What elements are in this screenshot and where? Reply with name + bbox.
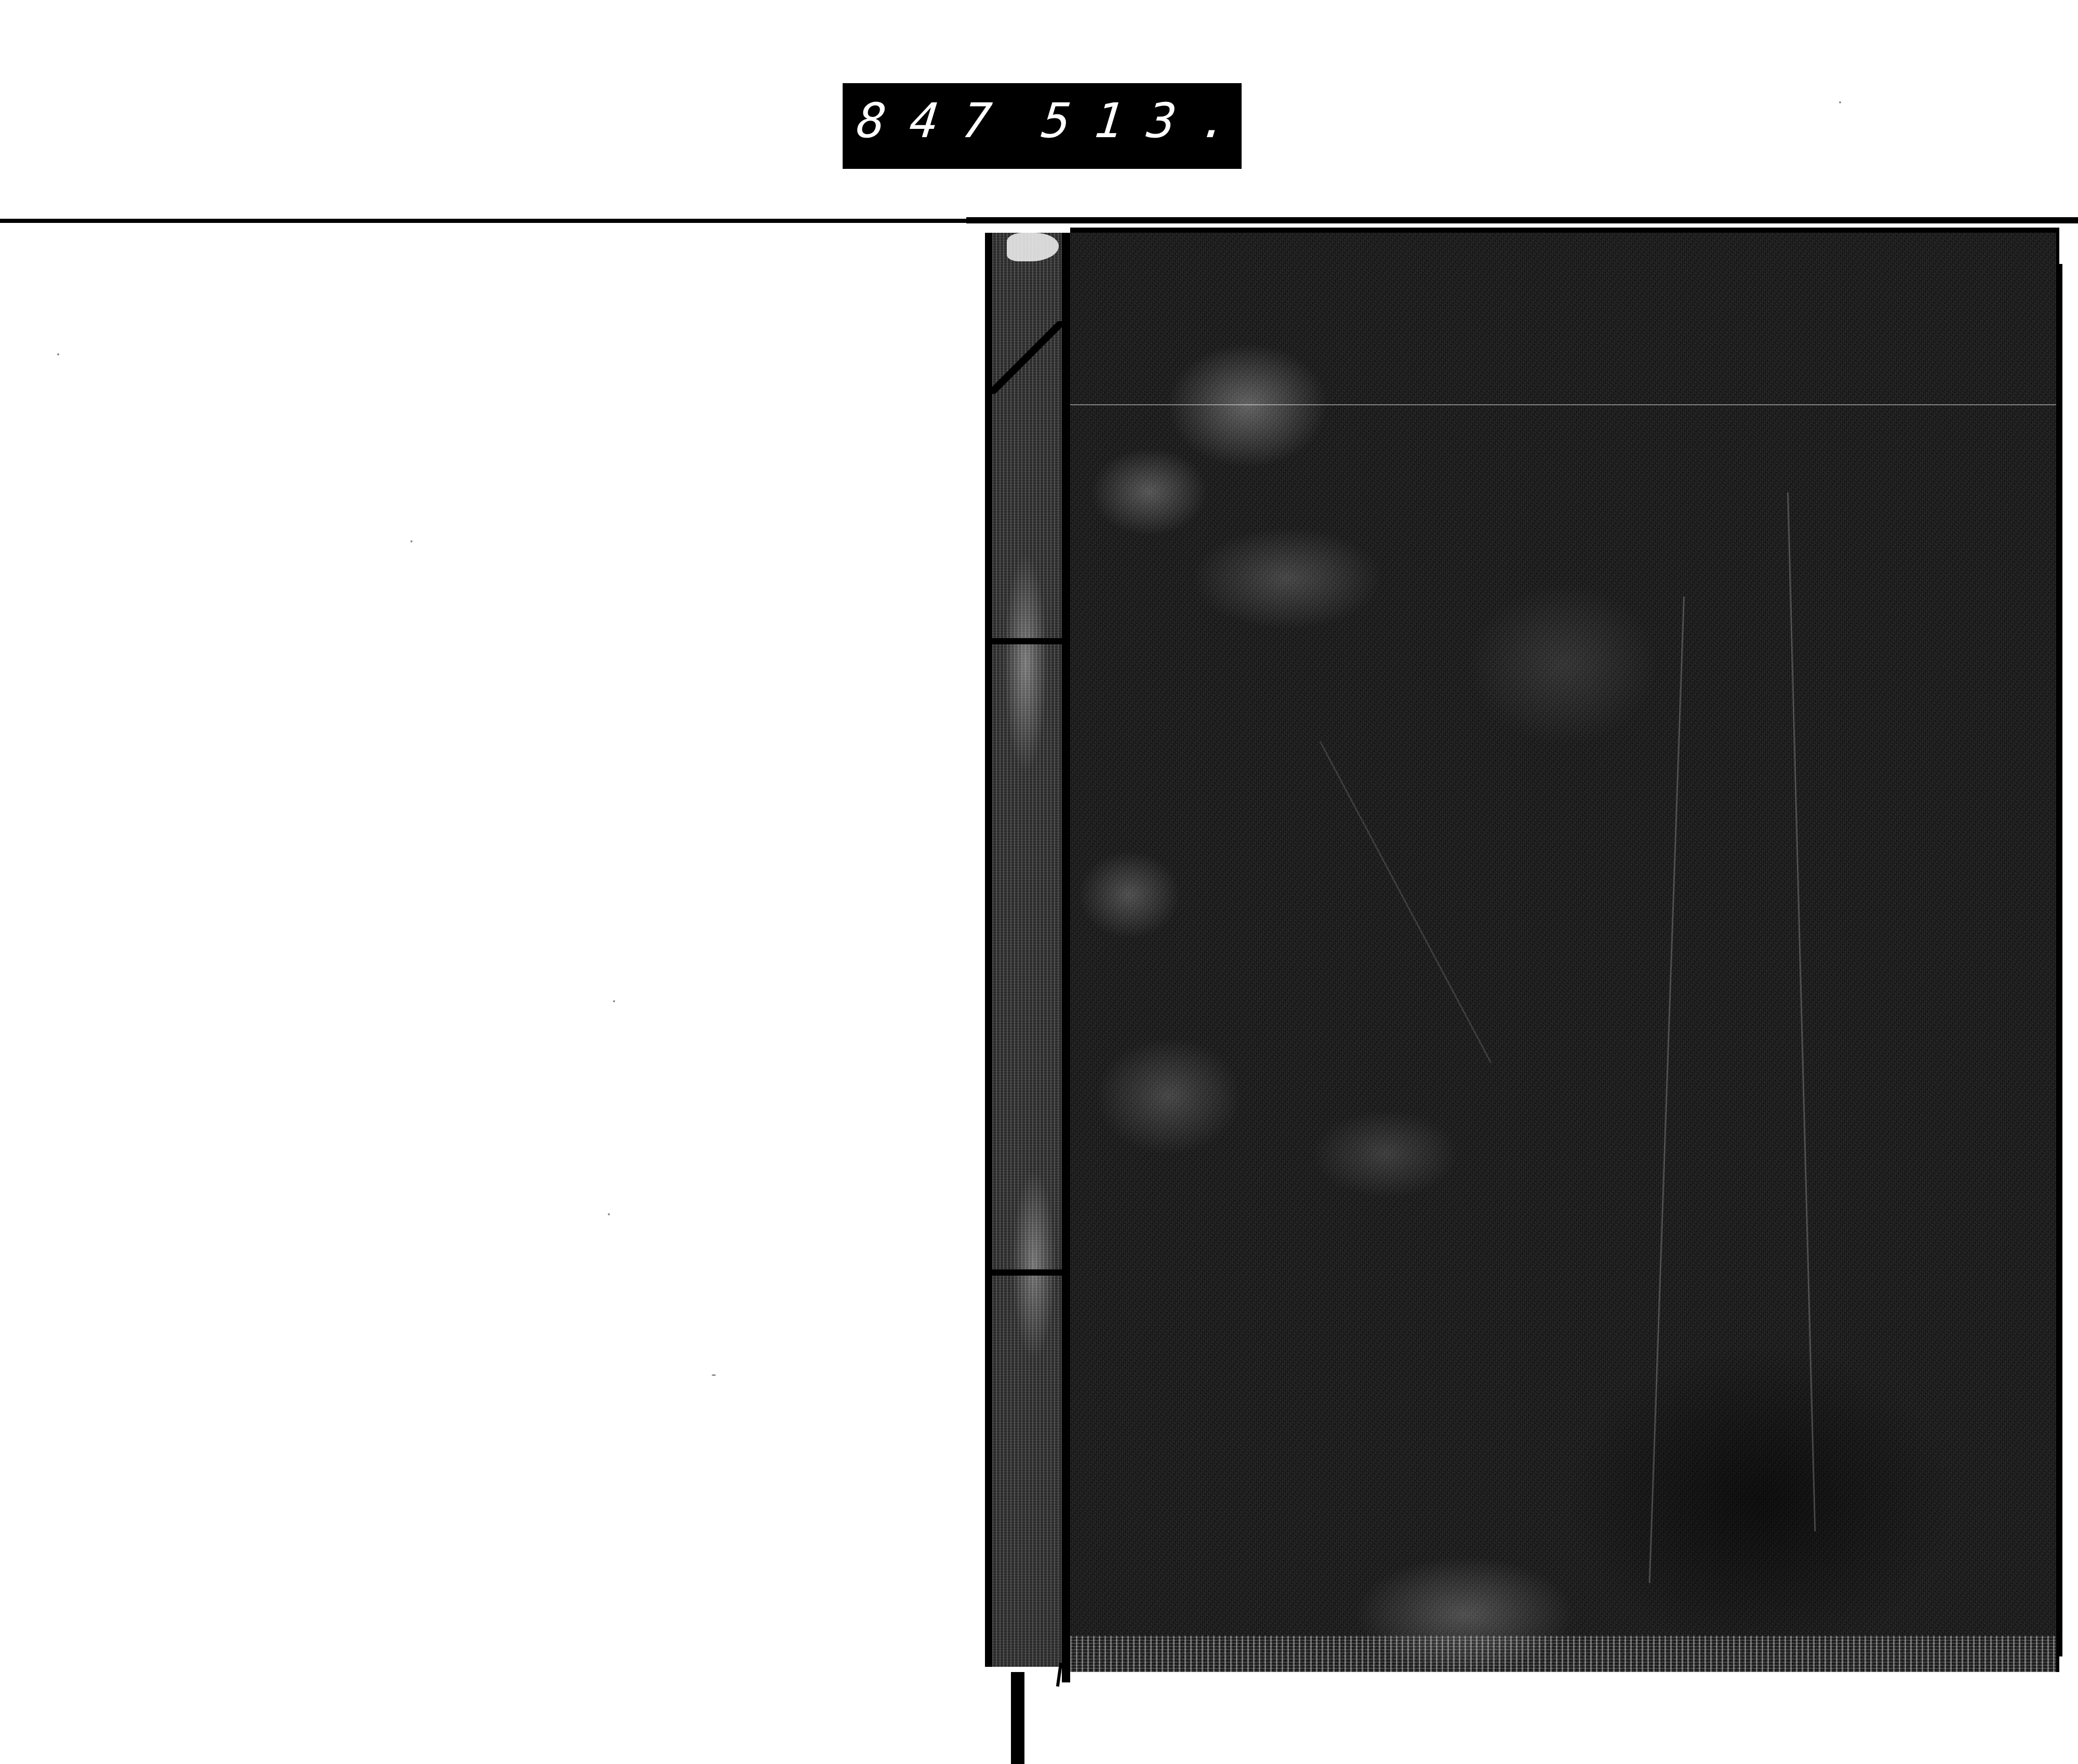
cover-right-edge (2059, 264, 2062, 1656)
scan-speck (57, 353, 59, 355)
binding-thread-line (1062, 233, 1070, 1682)
scan-divider-rule-heavy (966, 217, 2078, 223)
segment-digit: 3 (1145, 97, 1182, 145)
binding-stitch (991, 1269, 1069, 1276)
spine-tab-marker (1011, 1672, 1024, 1764)
segment-digit: 4 (908, 97, 944, 145)
scan-speck (608, 1213, 610, 1215)
segment-digit: . (1198, 97, 1235, 145)
book-cover-scan (965, 228, 2056, 1672)
front-cover-panel (1070, 228, 2059, 1672)
spine-fold-mark (990, 321, 1063, 394)
segment-digit: 1 (1093, 97, 1129, 145)
cover-crease (1787, 493, 1816, 1531)
scanner-artifact-line (1070, 404, 2056, 405)
scan-speck (410, 540, 412, 542)
frame-number-text: 513. (1040, 97, 1235, 145)
scan-speck (613, 1000, 615, 1002)
frame-number-label: 847 513. (843, 83, 1242, 169)
reel-number-text: 847 (855, 97, 1018, 145)
scan-speck (712, 1374, 716, 1376)
segment-digit: 8 (855, 97, 891, 145)
scan-speck (1839, 101, 1841, 103)
binding-stitch (991, 638, 1069, 644)
frame-number: 513. (1040, 97, 1235, 145)
cover-frayed-bottom-edge (1070, 1636, 2056, 1672)
cover-crease (1649, 596, 1685, 1583)
cover-crease (1320, 741, 1491, 1063)
segment-digit: 5 (1040, 97, 1077, 145)
segment-digit: 7 (960, 97, 997, 145)
reel-number: 847 (855, 97, 1018, 145)
